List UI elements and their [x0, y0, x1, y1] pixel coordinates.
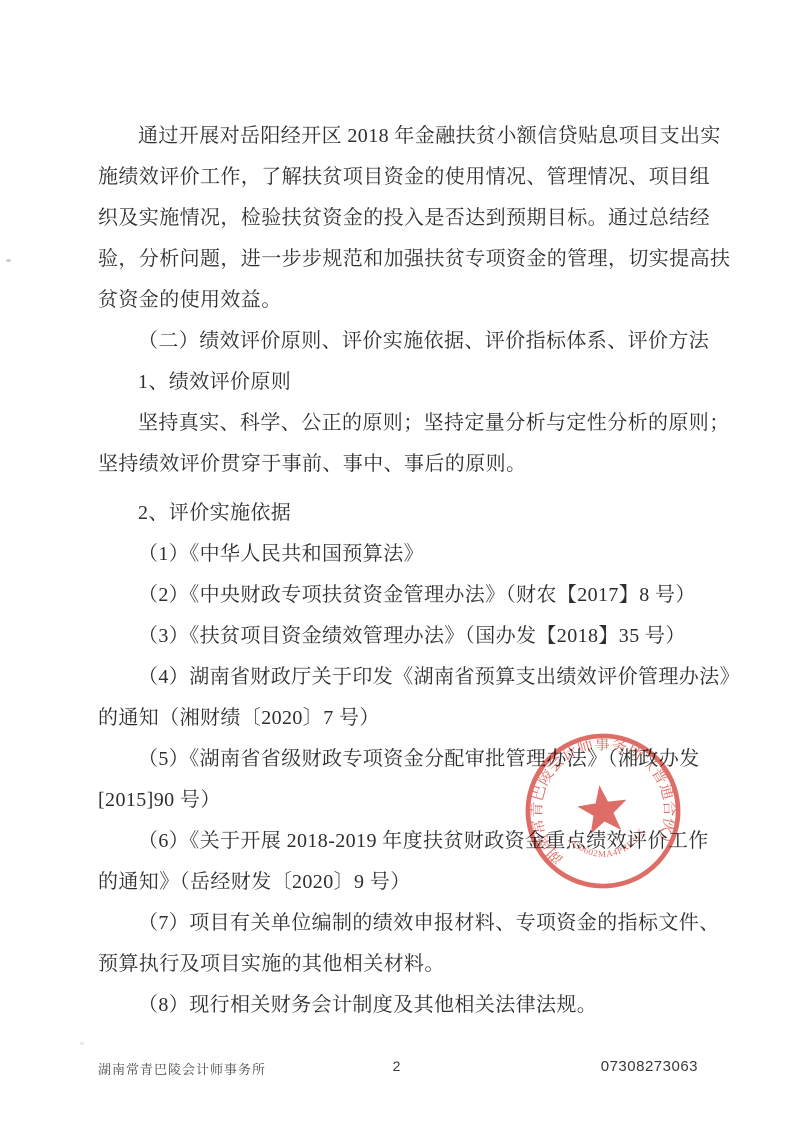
- paragraph: 坚持真实、科学、公正的原则；坚持定量分析与定性分析的原则；坚持绩效评价贯穿于事前…: [98, 403, 718, 485]
- text-line: 贫资金的使用效益。: [98, 280, 718, 321]
- text-line: （4）湖南省财政厅关于印发《湖南省预算支出绩效评价管理办法》: [98, 657, 718, 698]
- text-line: [2015]90 号）: [98, 780, 718, 821]
- text-line: （8）现行相关财务会计制度及其他相关法律法规。: [98, 985, 718, 1026]
- paragraph: （2）《中央财政专项扶贫资金管理办法》（财农【2017】8 号）: [98, 575, 718, 616]
- text-line: 织及实施情况，检验扶贫资金的投入是否达到预期目标。通过总结经: [98, 198, 718, 239]
- text-line: （6）《关于开展 2018-2019 年度扶贫财政资金重点绩效评价工作: [98, 821, 718, 862]
- text-line: （1）《中华人民共和国预算法》: [98, 534, 718, 575]
- paragraph: 1、绩效评价原则: [98, 362, 718, 403]
- text-line: 坚持绩效评价贯穿于事前、事中、事后的原则。: [98, 444, 718, 485]
- paragraph: （3）《扶贫项目资金绩效管理办法》（国办发【2018】35 号）: [98, 616, 718, 657]
- paragraph: （4）湖南省财政厅关于印发《湖南省预算支出绩效评价管理办法》的通知（湘财绩〔20…: [98, 657, 718, 739]
- paragraph: 2、评价实施依据: [98, 493, 718, 534]
- paragraph: （二）绩效评价原则、评价实施依据、评价指标体系、评价方法: [98, 321, 718, 362]
- paragraph: （6）《关于开展 2018-2019 年度扶贫财政资金重点绩效评价工作的通知》（…: [98, 821, 718, 903]
- text-line: （7）项目有关单位编制的绩效申报材料、专项资金的指标文件、: [98, 903, 718, 944]
- text-line: （二）绩效评价原则、评价实施依据、评价指标体系、评价方法: [98, 321, 718, 362]
- document-body: 通过开展对岳阳经开区 2018 年金融扶贫小额信贷贴息项目支出实施绩效评价工作，…: [98, 116, 718, 1026]
- page-footer: 湖南常青巴陵会计师事务所 2 07308273063: [0, 1056, 793, 1080]
- scan-speck: [6, 259, 11, 262]
- text-line: 的通知（湘财绩〔2020〕7 号）: [98, 698, 718, 739]
- text-line: （3）《扶贫项目资金绩效管理办法》（国办发【2018】35 号）: [98, 616, 718, 657]
- paragraph: （8）现行相关财务会计制度及其他相关法律法规。: [98, 985, 718, 1026]
- paragraph: 通过开展对岳阳经开区 2018 年金融扶贫小额信贷贴息项目支出实施绩效评价工作，…: [98, 116, 718, 321]
- text-line: 施绩效评价工作，了解扶贫项目资金的使用情况、管理情况、项目组: [98, 157, 718, 198]
- text-line: （5）《湖南省省级财政专项资金分配审批管理办法》（湘政办发: [98, 739, 718, 780]
- document-page: 通过开展对岳阳经开区 2018 年金融扶贫小额信贷贴息项目支出实施绩效评价工作，…: [0, 0, 793, 1121]
- paragraph: （1）《中华人民共和国预算法》: [98, 534, 718, 575]
- footer-phone: 07308273063: [601, 1058, 698, 1075]
- text-line: 通过开展对岳阳经开区 2018 年金融扶贫小额信贷贴息项目支出实: [98, 116, 718, 157]
- paragraph: （5）《湖南省省级财政专项资金分配审批管理办法》（湘政办发[2015]90 号）: [98, 739, 718, 821]
- text-line: 验，分析问题，进一步步规范和加强扶贫专项资金的管理，切实提高扶: [98, 239, 718, 280]
- text-line: 1、绩效评价原则: [98, 362, 718, 403]
- text-line: 2、评价实施依据: [98, 493, 718, 534]
- text-line: 坚持真实、科学、公正的原则；坚持定量分析与定性分析的原则；: [98, 403, 718, 444]
- text-line: 的通知》（岳经财发〔2020〕9 号）: [98, 862, 718, 903]
- paragraph: （7）项目有关单位编制的绩效申报材料、专项资金的指标文件、预算执行及项目实施的其…: [98, 903, 718, 985]
- text-line: （2）《中央财政专项扶贫资金管理办法》（财农【2017】8 号）: [98, 575, 718, 616]
- text-line: 预算执行及项目实施的其他相关材料。: [98, 944, 718, 985]
- scan-speck: [80, 1042, 84, 1045]
